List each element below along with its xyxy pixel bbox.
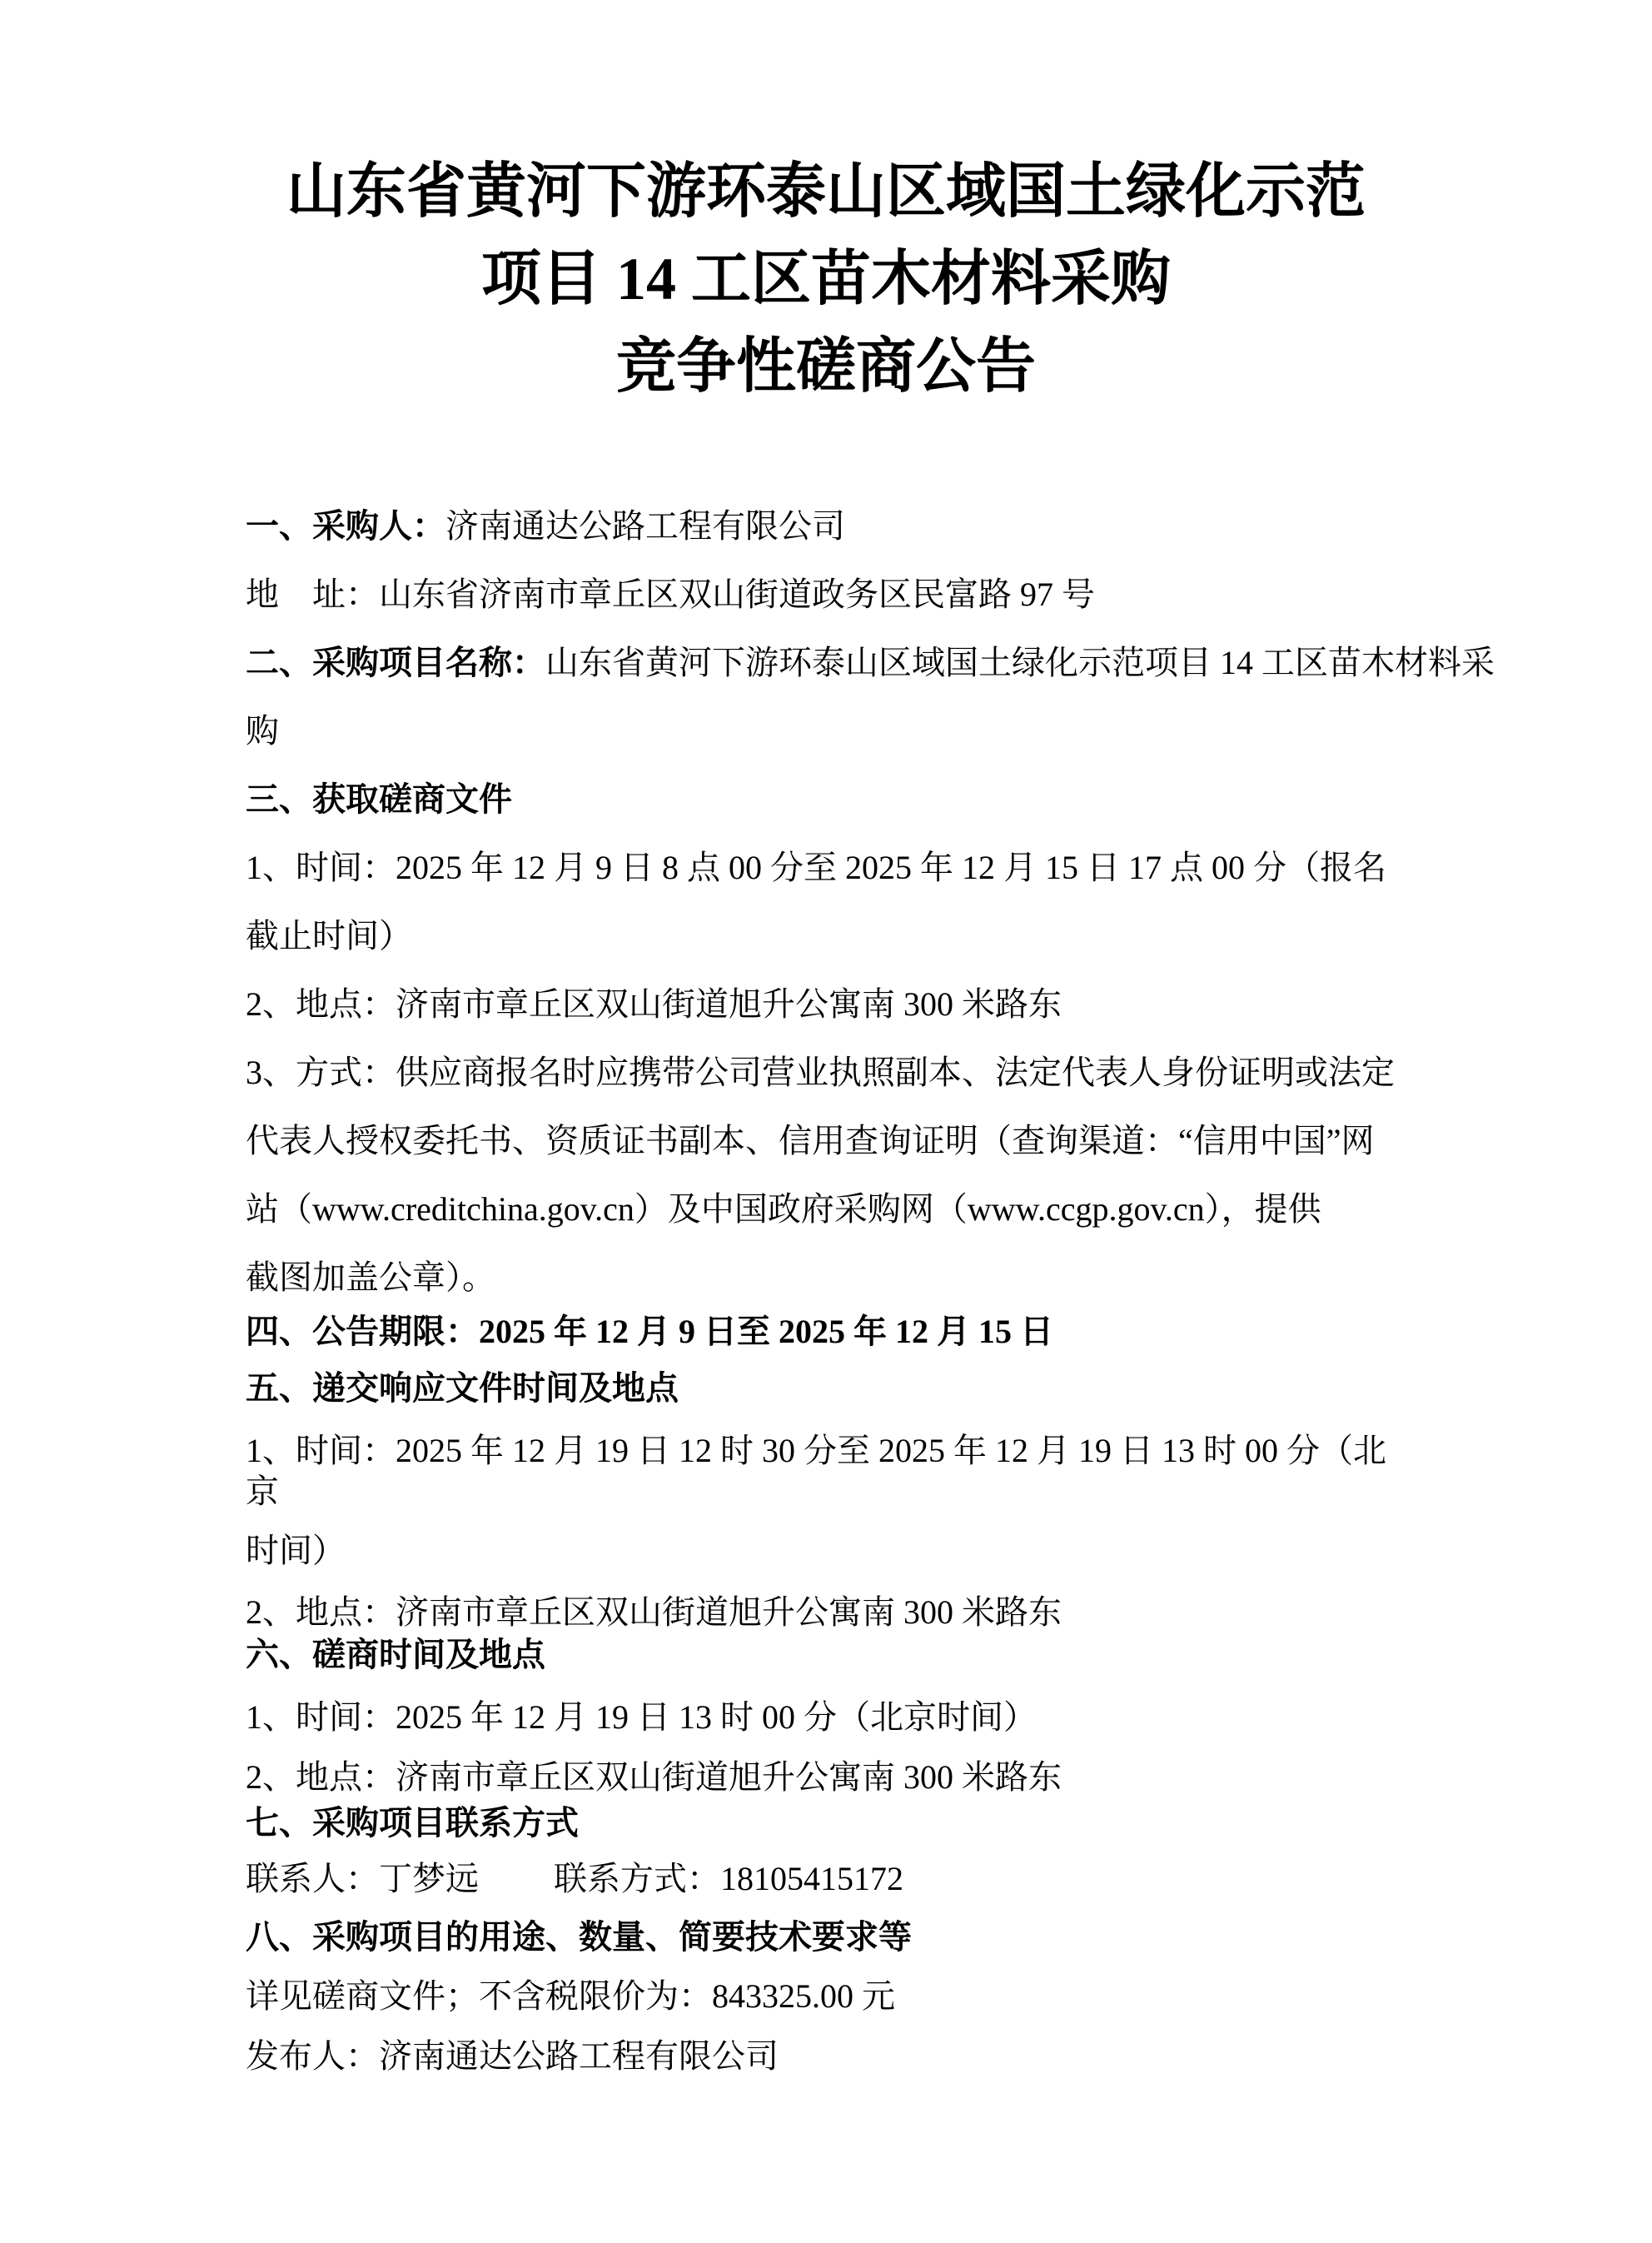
doc-line-18: 2、地点：济南市章丘区双山街道旭升公寓南 300 米路东 [246, 1572, 1411, 1633]
doc-line-text: 截图加盖公章）。 [246, 1251, 495, 1298]
doc-line-text: 2、地点：济南市章丘区双山街道旭升公寓南 300 米路东 [246, 1586, 1062, 1633]
doc-line-7: 截止时间） [246, 889, 1411, 957]
doc-line-13: 四、公告期限：2025 年 12 月 9 日至 2025 年 12 月 15 日 [246, 1298, 1411, 1353]
doc-line-3: 二、采购项目名称：山东省黄河下游环泰山区域国土绿化示范项目 14 工区苗木材料采 [246, 616, 1411, 684]
doc-line-bold-text: 四、公告期限：2025 年 12 月 9 日至 2025 年 12 月 15 日 [246, 1305, 1053, 1353]
doc-line-bold-text: 八、采购项目的用途、数量、简要技术要求等 [246, 1911, 912, 1958]
doc-line-text: 山东省黄河下游环泰山区域国土绿化示范项目 14 工区苗木材料采 [545, 636, 1495, 684]
doc-line-bold-text: 六、磋商时间及地点 [246, 1628, 545, 1676]
doc-line-23: 联系人：丁梦远 联系方式：18105415172 [246, 1844, 1411, 1900]
doc-line-text: 2、地点：济南市章丘区双山街道旭升公寓南 300 米路东 [246, 1751, 1062, 1798]
doc-line-text: 代表人授权委托书、资质证书副本、信用查询证明（查询渠道：“信用中国”网 [246, 1114, 1375, 1162]
doc-line-16: 京 [246, 1472, 1411, 1513]
doc-line-8: 2、地点：济南市章丘区双山街道旭升公寓南 300 米路东 [246, 957, 1411, 1025]
doc-line-text: 1、时间：2025 年 12 月 19 日 12 时 30 分至 2025 年 … [246, 1424, 1386, 1472]
doc-line-text: 详见磋商文件；不含税限价为：843325.00 元 [246, 1970, 895, 2017]
doc-line-6: 1、时间：2025 年 12 月 9 日 8 点 00 分至 2025 年 12… [246, 820, 1411, 889]
doc-line-text: 联系人：丁梦远 联系方式：18105415172 [246, 1852, 903, 1900]
doc-line-25: 详见磋商文件；不含税限价为：843325.00 元 [246, 1958, 1411, 2017]
doc-line-text: 3、方式：供应商报名时应携带公司营业执照副本、法定代表人身份证明或法定 [246, 1046, 1395, 1094]
doc-line-9: 3、方式：供应商报名时应携带公司营业执照副本、法定代表人身份证明或法定 [246, 1025, 1411, 1094]
doc-line-bold-text: 七、采购项目联系方式 [246, 1797, 579, 1844]
doc-line-text: 截止时间） [246, 910, 412, 957]
doc-line-14: 五、递交响应文件时间及地点 [246, 1353, 1411, 1409]
doc-line-bold-text: 二、采购项目名称： [246, 636, 545, 684]
doc-line-19: 六、磋商时间及地点 [246, 1633, 1411, 1676]
doc-line-26: 发布人：济南通达公路工程有限公司 [246, 2017, 1411, 2077]
doc-line-text: 2、地点：济南市章丘区双山街道旭升公寓南 300 米路东 [246, 978, 1062, 1025]
title-line-1: 山东省黄河下游环泰山区域国土绿化示范 [0, 148, 1652, 236]
doc-line-2: 地 址：山东省济南市章丘区双山街道政务区民富路 97 号 [246, 547, 1411, 616]
doc-line-bold-text: 三、获取磋商文件 [246, 773, 512, 820]
doc-line-15: 1、时间：2025 年 12 月 19 日 12 时 30 分至 2025 年 … [246, 1409, 1411, 1472]
doc-line-text: 地 址：山东省济南市章丘区双山街道政务区民富路 97 号 [246, 568, 1095, 616]
document-title: 山东省黄河下游环泰山区域国土绿化示范 项目 14 工区苗木材料采购 竞争性磋商公… [0, 0, 1652, 411]
doc-line-4: 购 [246, 684, 1411, 752]
doc-line-bold-text: 一、采购人： [246, 500, 445, 547]
title-line-2: 项目 14 工区苗木材料采购 [0, 236, 1652, 323]
document-page: 山东省黄河下游环泰山区域国土绿化示范 项目 14 工区苗木材料采购 竞争性磋商公… [0, 0, 1652, 2243]
doc-line-text: 发布人：济南通达公路工程有限公司 [246, 2030, 779, 2077]
doc-line-text: 时间） [246, 1524, 346, 1572]
doc-line-text: 站（www.creditchina.gov.cn）及中国政府采购网（www.cc… [246, 1183, 1321, 1230]
doc-line-10: 代表人授权委托书、资质证书副本、信用查询证明（查询渠道：“信用中国”网 [246, 1094, 1411, 1162]
doc-line-22: 七、采购项目联系方式 [246, 1798, 1411, 1844]
doc-line-text: 济南通达公路工程有限公司 [445, 500, 845, 547]
doc-line-5: 三、获取磋商文件 [246, 752, 1411, 820]
doc-line-21: 2、地点：济南市章丘区双山街道旭升公寓南 300 米路东 [246, 1738, 1411, 1798]
doc-line-text: 京 [246, 1465, 279, 1513]
document-body: 一、采购人：济南通达公路工程有限公司地 址：山东省济南市章丘区双山街道政务区民富… [0, 411, 1411, 2077]
doc-line-24: 八、采购项目的用途、数量、简要技术要求等 [246, 1900, 1411, 1958]
doc-line-text: 购 [246, 705, 279, 752]
doc-line-1: 一、采购人：济南通达公路工程有限公司 [246, 479, 1411, 547]
title-line-3: 竞争性磋商公告 [0, 323, 1652, 411]
doc-line-bold-text: 五、递交响应文件时间及地点 [246, 1362, 679, 1409]
doc-line-12: 截图加盖公章）。 [246, 1230, 1411, 1298]
doc-line-11: 站（www.creditchina.gov.cn）及中国政府采购网（www.cc… [246, 1162, 1411, 1230]
doc-line-text: 1、时间：2025 年 12 月 9 日 8 点 00 分至 2025 年 12… [246, 841, 1386, 889]
doc-line-text: 1、时间：2025 年 12 月 19 日 13 时 00 分（北京时间） [246, 1691, 1037, 1738]
doc-line-20: 1、时间：2025 年 12 月 19 日 13 时 00 分（北京时间） [246, 1676, 1411, 1738]
doc-line-17: 时间） [246, 1513, 1411, 1572]
